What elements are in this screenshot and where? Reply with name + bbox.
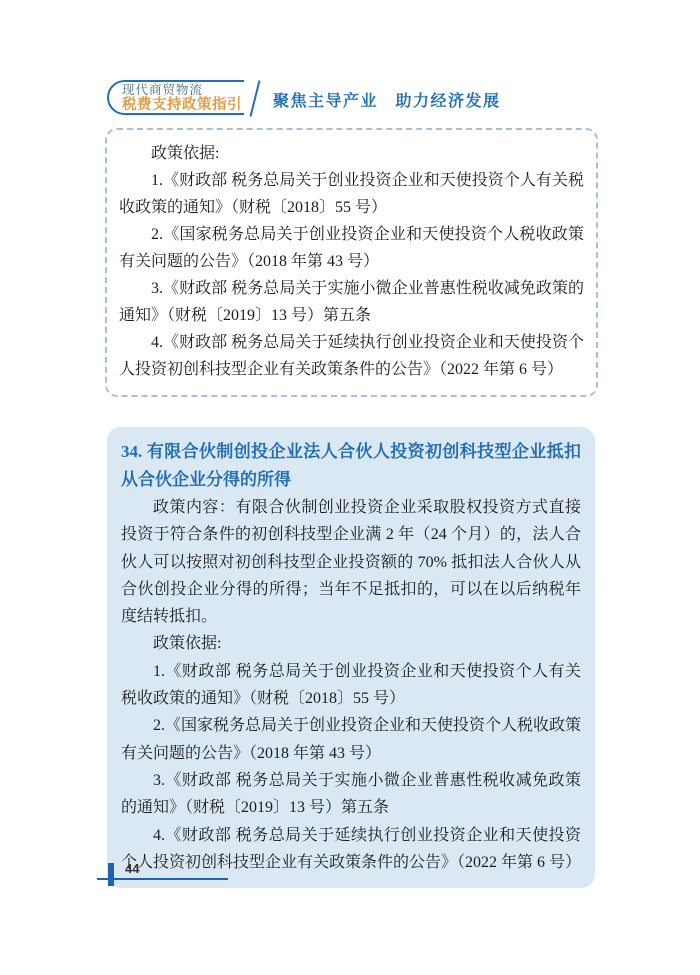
header-slogan: 聚焦主导产业 助力经济发展 (273, 88, 501, 111)
footer-page-number: 44 (125, 861, 139, 876)
policy-basis-item: 4.《财政部 税务总局关于延续执行创业投资企业和天使投资个人投资初创科技型企业有… (121, 822, 581, 877)
header-guide-title: 税费支持政策指引 (122, 97, 244, 113)
policy-basis-item: 1.《财政部 税务总局关于创业投资企业和天使投资个人有关税收政策的通知》（财税〔… (121, 658, 581, 713)
policy-section-card: 34. 有限合伙制创投企业法人合伙人投资初创科技型企业抵扣从合伙企业分得的所得 … (107, 427, 595, 888)
policy-basis-item: 1.《财政部 税务总局关于创业投资企业和天使投资个人有关税收政策的通知》（财税〔… (119, 167, 584, 221)
policy-content-text: 有限合伙制创业投资企业采取股权投资方式直接投资于符合条件的初创科技型企业满 2 … (121, 499, 581, 625)
policy-section-title: 34. 有限合伙制创投企业法人合伙人投资初创科技型企业抵扣从合伙企业分得的所得 (121, 438, 581, 494)
policy-content-label: 政策内容： (153, 499, 235, 516)
header-badge: 现代商贸物流 税费支持政策指引 (107, 80, 244, 115)
footer-rule-line (97, 878, 228, 880)
policy-content-paragraph: 政策内容：有限合伙制创业投资企业采取股权投资方式直接投资于符合条件的初创科技型企… (121, 494, 581, 630)
header-series-title: 现代商贸物流 (122, 83, 244, 97)
policy-basis-item: 2.《国家税务总局关于创业投资企业和天使投资个人税收政策有关问题的公告》（201… (119, 221, 584, 275)
policy-basis-item: 4.《财政部 税务总局关于延续执行创业投资企业和天使投资个人投资初创科技型企业有… (119, 329, 584, 383)
policy-basis-item: 3.《财政部 税务总局关于实施小微企业普惠性税收减免政策的通知》（财税〔2019… (121, 767, 581, 822)
policy-basis-label: 政策依据: (121, 630, 581, 657)
policy-basis-label: 政策依据: (119, 140, 584, 167)
header-divider-slash (250, 80, 261, 116)
policy-basis-item: 2.《国家税务总局关于创业投资企业和天使投资个人税收政策有关问题的公告》（201… (121, 712, 581, 767)
footer-accent-bar (108, 863, 114, 886)
policy-basis-item: 3.《财政部 税务总局关于实施小微企业普惠性税收减免政策的通知》（财税〔2019… (119, 275, 584, 329)
policy-basis-dashed-box: 政策依据: 1.《财政部 税务总局关于创业投资企业和天使投资个人有关税收政策的通… (105, 128, 598, 397)
document-page: 现代商贸物流 税费支持政策指引 聚焦主导产业 助力经济发展 政策依据: 1.《财… (0, 0, 700, 975)
